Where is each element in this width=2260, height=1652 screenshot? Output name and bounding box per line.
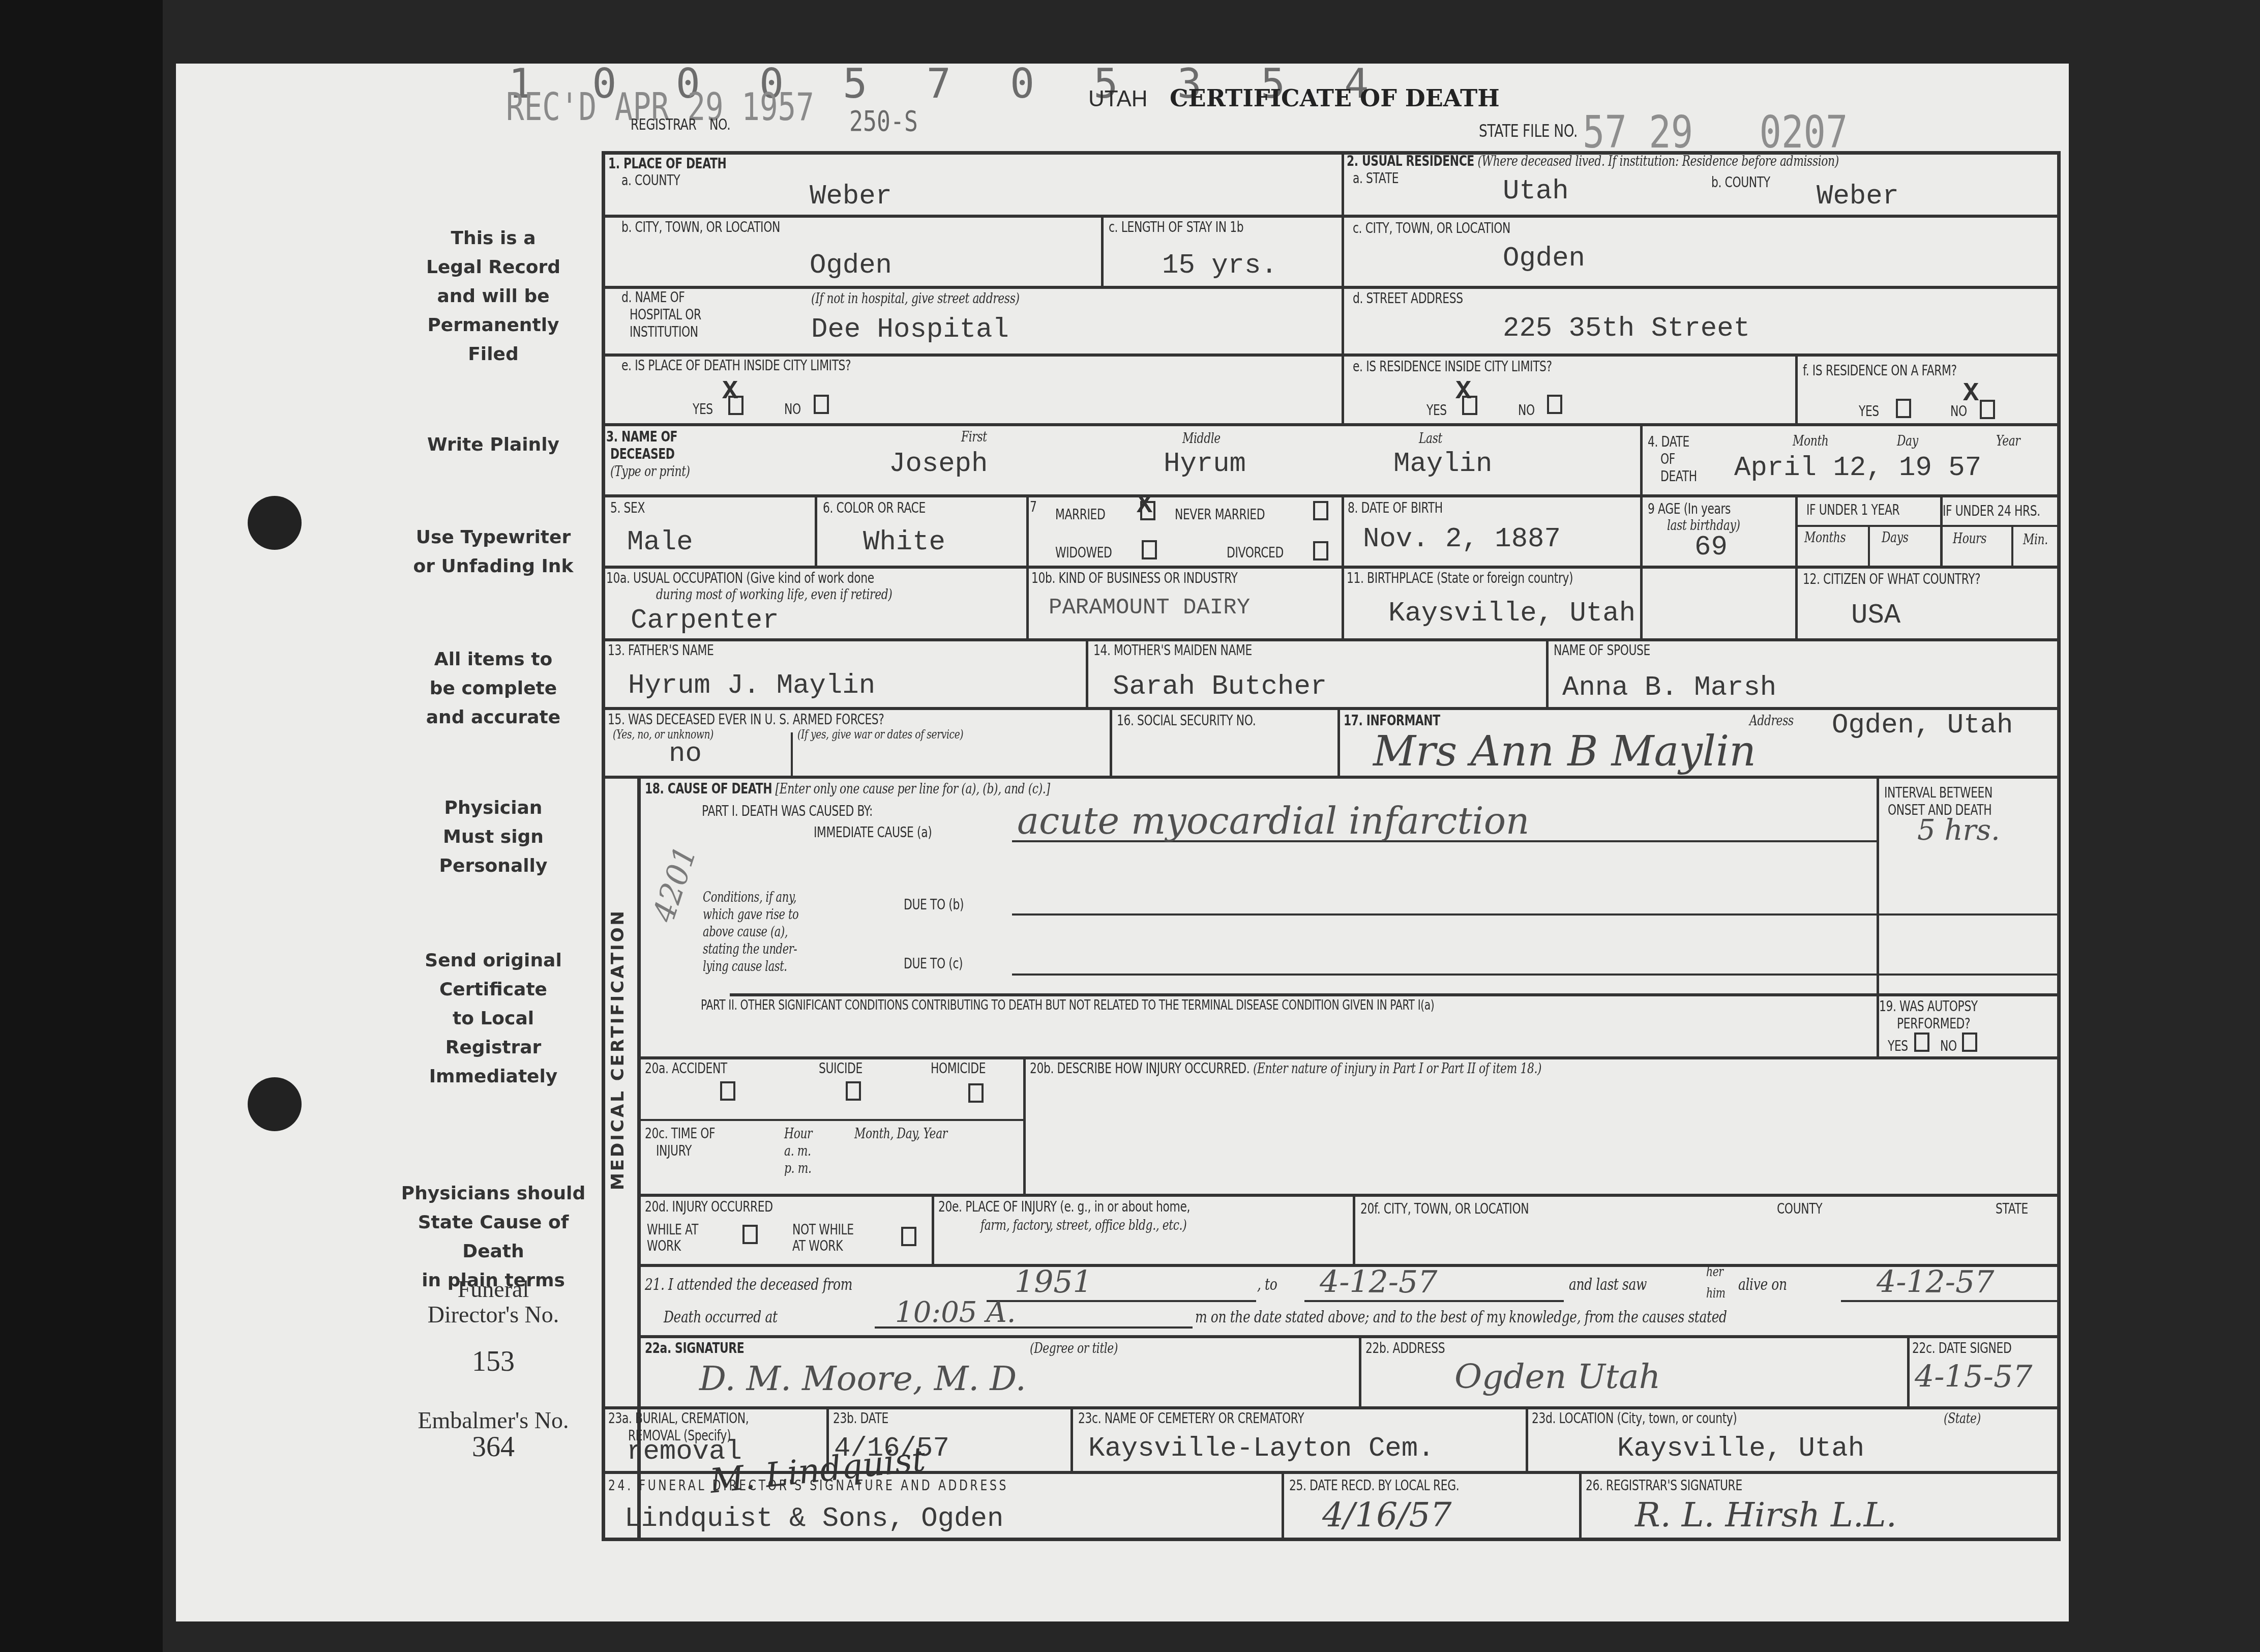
while-at-work-label: WHILE AT WORK bbox=[647, 1222, 698, 1254]
alive-on-label: alive on bbox=[1738, 1275, 1787, 1294]
under-24-hrs-label: IF UNDER 24 HRS. bbox=[1943, 503, 2040, 519]
autopsy-label-2: PERFORMED? bbox=[1897, 1015, 1970, 1032]
divider bbox=[1795, 355, 1798, 424]
while-at-work-checkbox[interactable] bbox=[742, 1225, 758, 1244]
yes-label: YES bbox=[1888, 1038, 1908, 1054]
physician-signature: D. M. Moore, M. D. bbox=[699, 1359, 1026, 1398]
citizen-value: USA bbox=[1851, 600, 1900, 631]
attended-to-line bbox=[1304, 1300, 1564, 1302]
divider bbox=[602, 353, 2061, 357]
location-value: Kaysville, Utah bbox=[1617, 1433, 1864, 1464]
location-state-label: (State) bbox=[1944, 1410, 1981, 1427]
widowed-label: WIDOWED bbox=[1055, 544, 1112, 561]
sex-label: 5. SEX bbox=[610, 499, 645, 516]
hospital-value: Dee Hospital bbox=[811, 314, 1009, 345]
divider bbox=[602, 566, 2061, 569]
married-label: MARRIED bbox=[1055, 506, 1105, 523]
embalmer-label: Embalmer's No. bbox=[366, 1408, 620, 1433]
date-of-death-value: April 12, 19 57 bbox=[1734, 453, 1981, 484]
last-saw-label: and last saw bbox=[1569, 1275, 1647, 1294]
divider bbox=[1023, 1058, 1026, 1194]
no-label: NO bbox=[1518, 402, 1535, 419]
death-time-value: 10:05 A. bbox=[895, 1296, 1016, 1329]
usual-residence-label: 2. USUAL RESIDENCE (Where deceased lived… bbox=[1347, 153, 1839, 169]
homicide-label: HOMICIDE bbox=[931, 1060, 986, 1077]
note-physician-sign: Physician Must sign Personally bbox=[407, 793, 580, 880]
last-name-label: Last bbox=[1419, 430, 1442, 447]
embalmer-number: 364 bbox=[366, 1434, 620, 1460]
father-name-value: Hyrum J. Maylin bbox=[628, 670, 875, 701]
registrar-signature-label: 26. REGISTRAR'S SIGNATURE bbox=[1586, 1477, 1742, 1494]
min-label: Min. bbox=[2023, 531, 2048, 548]
divider bbox=[1868, 526, 1870, 567]
autopsy-no-checkbox[interactable] bbox=[1962, 1032, 1977, 1052]
divider bbox=[1070, 1408, 1073, 1471]
autopsy-yes-checkbox[interactable] bbox=[1914, 1032, 1929, 1052]
hospital-label-line3: INSTITUTION bbox=[630, 323, 698, 340]
registrar-no-label: NO. bbox=[709, 116, 730, 134]
divider bbox=[602, 776, 2061, 779]
immediate-cause-label: IMMEDIATE CAUSE (a) bbox=[814, 824, 932, 841]
informant-label: 17. INFORMANT bbox=[1344, 712, 1440, 729]
divider bbox=[1877, 777, 1879, 1057]
accident-checkbox[interactable] bbox=[720, 1081, 735, 1101]
armed-forces-service-hint: (If yes, give war or dates of service) bbox=[797, 727, 963, 742]
residence-county-value: Weber bbox=[1817, 181, 1899, 212]
divider bbox=[602, 423, 2061, 426]
cemetery-label: 23c. NAME OF CEMETERY OR CREMATORY bbox=[1078, 1410, 1304, 1427]
divider bbox=[1546, 640, 1549, 709]
autopsy-label: 19. WAS AUTOPSY bbox=[1879, 998, 1978, 1015]
note-write-plainly: Write Plainly bbox=[407, 430, 580, 459]
residence-city-label: c. CITY, TOWN, OR LOCATION bbox=[1353, 220, 1510, 237]
note-legal-record: This is a Legal Record and will be Perma… bbox=[407, 224, 580, 369]
sex-value: Male bbox=[627, 527, 693, 558]
suicide-label: SUICIDE bbox=[819, 1060, 863, 1077]
divider bbox=[1640, 425, 1643, 638]
due-to-c-label: DUE TO (c) bbox=[904, 955, 963, 972]
residence-city-limits-label: e. IS RESIDENCE INSIDE CITY LIMITS? bbox=[1353, 358, 1552, 375]
time-of-injury-label: 20c. TIME OF bbox=[645, 1125, 715, 1142]
injury-city-label: 20f. CITY, TOWN, OR LOCATION bbox=[1360, 1200, 1529, 1217]
divider bbox=[1526, 1408, 1528, 1471]
due-to-c-line bbox=[1012, 973, 2061, 976]
conditions-hint: Conditions, if any, which gave rise to a… bbox=[703, 889, 798, 976]
divider bbox=[602, 1406, 2061, 1409]
pm-label: p. m. bbox=[784, 1160, 812, 1176]
hospital-label-line1: d. NAME OF bbox=[621, 289, 685, 306]
divider bbox=[1795, 496, 1798, 638]
hour-label: Hour bbox=[784, 1125, 812, 1142]
spouse-name-value: Anna B. Marsh bbox=[1562, 672, 1776, 703]
last-saw-line bbox=[1841, 1300, 2060, 1302]
birthplace-label: 11. BIRTHPLACE (State or foreign country… bbox=[1347, 570, 1573, 586]
date-of-birth-value: Nov. 2, 1887 bbox=[1363, 524, 1561, 555]
death-city-limits-no-checkbox[interactable] bbox=[814, 395, 829, 414]
divider bbox=[1026, 496, 1029, 638]
physician-address-value: Ogden Utah bbox=[1454, 1357, 1660, 1396]
him-label: him bbox=[1706, 1286, 1726, 1301]
divider bbox=[730, 993, 2061, 996]
divider bbox=[1907, 1337, 1910, 1406]
divider bbox=[602, 494, 2061, 497]
divider bbox=[815, 496, 817, 567]
immediate-cause-value: acute myocardial infarction bbox=[1017, 800, 1529, 842]
divider bbox=[637, 1335, 2061, 1338]
her-label: her bbox=[1706, 1264, 1723, 1280]
page-title: CERTIFICATE OF DEATH bbox=[1170, 84, 1500, 112]
divider bbox=[791, 732, 793, 777]
day-label: Day bbox=[1897, 432, 1918, 449]
date-of-death-label-3: DEATH bbox=[1660, 468, 1697, 485]
street-address-label: d. STREET ADDRESS bbox=[1353, 290, 1463, 307]
first-name-value: Joseph bbox=[889, 449, 988, 480]
occupation-value: Carpenter bbox=[631, 605, 779, 636]
checked-x-icon: X bbox=[1137, 490, 1152, 520]
year-label: Year bbox=[1996, 432, 2020, 449]
yes-label: YES bbox=[693, 401, 713, 418]
date-of-birth-label: 8. DATE OF BIRTH bbox=[1348, 499, 1443, 516]
armed-forces-label: 15. WAS DECEASED EVER IN U. S. ARMED FOR… bbox=[608, 711, 884, 728]
divider bbox=[1359, 1337, 1361, 1406]
divider bbox=[637, 1056, 2061, 1059]
date-of-death-label-2: OF bbox=[1660, 451, 1675, 467]
signature-label: 22a. SIGNATURE bbox=[645, 1340, 744, 1356]
hospital-label-line2: HOSPITAL OR bbox=[630, 306, 701, 323]
state-file-label: STATE FILE NO. bbox=[1479, 121, 1578, 141]
death-occurred-suffix: m on the date stated above; and to the b… bbox=[1195, 1307, 1727, 1326]
divider bbox=[1101, 216, 1104, 287]
residence-county-label: b. COUNTY bbox=[1711, 174, 1770, 191]
death-city-value: Ogden bbox=[810, 250, 892, 281]
date-received-value: 4/16/57 bbox=[1322, 1495, 1451, 1535]
attended-to-value: 4-12-57 bbox=[1320, 1264, 1437, 1300]
no-label: NO bbox=[1940, 1038, 1957, 1054]
place-of-death-label: 1. PLACE OF DEATH bbox=[608, 155, 726, 172]
farm-no-checkbox[interactable] bbox=[1980, 400, 1995, 419]
length-of-stay-value: 15 yrs. bbox=[1162, 250, 1277, 281]
informant-address-value: Ogden, Utah bbox=[1832, 710, 2013, 741]
name-of-deceased-label: 3. NAME OF bbox=[606, 428, 677, 445]
street-address-value: 225 35th Street bbox=[1503, 313, 1750, 344]
note-send-original: Send original Certificate to Local Regis… bbox=[407, 946, 580, 1091]
months-label: Months bbox=[1804, 529, 1846, 546]
first-name-label: First bbox=[961, 428, 987, 445]
suicide-checkbox[interactable] bbox=[846, 1081, 861, 1101]
widowed-checkbox[interactable] bbox=[1142, 540, 1157, 559]
time-of-injury-label-2: INJURY bbox=[656, 1142, 692, 1159]
burial-date-label: 23b. DATE bbox=[833, 1410, 888, 1427]
injury-state-label: STATE bbox=[1996, 1200, 2028, 1217]
attended-label: 21. I attended the deceased from bbox=[645, 1275, 852, 1294]
attended-from-value: 1951 bbox=[1015, 1264, 1092, 1300]
never-married-label: NEVER MARRIED bbox=[1175, 506, 1265, 523]
residence-city-limits-no-checkbox[interactable] bbox=[1547, 395, 1562, 414]
race-value: White bbox=[863, 527, 945, 558]
title-prefix: UTAH bbox=[1088, 86, 1148, 112]
registrar-number: 250-S bbox=[849, 105, 918, 138]
business-label: 10b. KIND OF BUSINESS OR INDUSTRY bbox=[1031, 570, 1238, 586]
date-signed-value: 4-15-57 bbox=[1915, 1359, 2032, 1395]
date-received-label: 25. DATE RECD. BY LOCAL REG. bbox=[1289, 1477, 1459, 1494]
note-complete-accurate: All items to be complete and accurate bbox=[407, 645, 580, 732]
degree-label: (Degree or title) bbox=[1030, 1340, 1118, 1356]
never-married-checkbox[interactable] bbox=[1313, 501, 1328, 520]
occupation-hint: during most of working life, even if ret… bbox=[656, 586, 892, 603]
interval-value: 5 hrs. bbox=[1917, 814, 2000, 847]
cemetery-value: Kaysville-Layton Cem. bbox=[1088, 1433, 1435, 1464]
spouse-name-label: NAME OF SPOUSE bbox=[1554, 642, 1650, 659]
last-saw-date-value: 4-12-57 bbox=[1877, 1264, 1994, 1300]
occupation-label: 10a. USUAL OCCUPATION (Give kind of work… bbox=[606, 570, 874, 586]
hours-label: Hours bbox=[1953, 530, 1986, 547]
location-label: 23d. LOCATION (City, town, or county) bbox=[1532, 1410, 1737, 1427]
no-label: NO bbox=[784, 401, 801, 418]
divider bbox=[1282, 1472, 1284, 1541]
due-to-b-line bbox=[1012, 913, 2061, 916]
date-signed-label: 22c. DATE SIGNED bbox=[1912, 1340, 2011, 1356]
injury-occurred-label: 20d. INJURY OCCURRED bbox=[645, 1198, 773, 1215]
divider bbox=[1342, 496, 1344, 638]
injury-county-label: COUNTY bbox=[1777, 1200, 1822, 1217]
divider bbox=[932, 1195, 934, 1265]
not-while-at-work-checkbox[interactable] bbox=[901, 1227, 916, 1246]
injury-description-label: 20b. DESCRIBE HOW INJURY OCCURRED. (Ente… bbox=[1030, 1060, 1541, 1077]
middle-name-value: Hyrum bbox=[1164, 449, 1246, 480]
cause-of-death-label: 18. CAUSE OF DEATH [Enter only one cause… bbox=[645, 780, 1050, 797]
armed-forces-value: no bbox=[669, 739, 702, 770]
county-label: a. COUNTY bbox=[621, 172, 680, 189]
checked-x-icon: X bbox=[722, 376, 738, 406]
business-value: PARAMOUNT DAIRY bbox=[1049, 595, 1250, 621]
punch-hole-bottom bbox=[248, 1077, 302, 1131]
divider bbox=[1337, 709, 1340, 777]
divider bbox=[602, 638, 2061, 641]
days-label: Days bbox=[1882, 529, 1909, 546]
marital-status-number: 7 bbox=[1030, 498, 1037, 515]
age-label-2: last birthday) bbox=[1667, 517, 1740, 534]
registrar-signature: R. L. Hirsh L.L. bbox=[1635, 1495, 1897, 1535]
checked-x-icon: X bbox=[1455, 376, 1471, 406]
mother-maiden-name-value: Sarah Butcher bbox=[1113, 671, 1327, 702]
birthplace-value: Kaysville, Utah bbox=[1388, 598, 1635, 629]
ssn-label: 16. SOCIAL SECURITY NO. bbox=[1117, 712, 1256, 729]
death-city-limits-label: e. IS PLACE OF DEATH INSIDE CITY LIMITS? bbox=[621, 357, 851, 374]
note-use-typewriter: Use Typewriter or Unfading Ink bbox=[407, 523, 580, 581]
age-label: 9 AGE (In years bbox=[1648, 500, 1731, 517]
attended-from-line bbox=[987, 1300, 1256, 1302]
residence-state-label: a. STATE bbox=[1353, 170, 1399, 187]
divider bbox=[1797, 525, 2061, 527]
funeral-director-label: Funeral Director's No. bbox=[366, 1277, 620, 1327]
part2-label: PART II. OTHER SIGNIFICANT CONDITIONS CO… bbox=[701, 998, 1434, 1013]
homicide-checkbox[interactable] bbox=[968, 1083, 984, 1103]
yes-label: YES bbox=[1859, 403, 1879, 420]
state-file-number: 57 29 0207 bbox=[1583, 106, 1848, 158]
length-of-stay-label: c. LENGTH OF STAY IN 1b bbox=[1109, 219, 1243, 235]
checked-x-icon: X bbox=[1963, 378, 1979, 408]
medical-certification-label: MEDICAL CERTIFICATION bbox=[608, 1165, 628, 1190]
hospital-hint: (If not in hospital, give street address… bbox=[811, 290, 1020, 307]
month-label: Month bbox=[1793, 432, 1828, 449]
farm-yes-checkbox[interactable] bbox=[1896, 399, 1911, 418]
funeral-director-value: Lindquist & Sons, Ogden bbox=[625, 1503, 1003, 1535]
mother-maiden-name-label: 14. MOTHER'S MAIDEN NAME bbox=[1093, 642, 1252, 659]
death-occurred-at-label: Death occurred at bbox=[664, 1307, 778, 1326]
punch-hole-top bbox=[248, 496, 302, 550]
race-label: 6. COLOR OR RACE bbox=[823, 499, 926, 516]
divorced-checkbox[interactable] bbox=[1313, 541, 1328, 560]
to-label: , to bbox=[1257, 1275, 1277, 1294]
am-label: a. m. bbox=[784, 1142, 811, 1159]
middle-name-label: Middle bbox=[1182, 430, 1221, 447]
residence-city-value: Ogden bbox=[1503, 243, 1585, 274]
binder-spine bbox=[0, 0, 163, 1652]
place-of-injury-label: 20e. PLACE OF INJURY (e. g., in or about… bbox=[938, 1198, 1190, 1215]
city-label: b. CITY, TOWN, OR LOCATION bbox=[621, 219, 780, 235]
divider bbox=[641, 1119, 1025, 1121]
burial-label: 23a. BURIAL, CREMATION, bbox=[608, 1410, 749, 1427]
physician-address-label: 22b. ADDRESS bbox=[1365, 1340, 1445, 1356]
funeral-director-number: 153 bbox=[366, 1349, 620, 1374]
yes-label: YES bbox=[1426, 402, 1447, 419]
not-while-at-work-label: NOT WHILE AT WORK bbox=[792, 1222, 854, 1254]
divider bbox=[602, 286, 2061, 289]
father-name-label: 13. FATHER'S NAME bbox=[608, 642, 713, 659]
informant-address-label: Address bbox=[1749, 712, 1794, 729]
divorced-label: DIVORCED bbox=[1227, 544, 1284, 561]
last-name-value: Maylin bbox=[1393, 449, 1492, 480]
informant-signature: Mrs Ann B Maylin bbox=[1373, 727, 1756, 776]
name-of-deceased-label-2: DECEASED bbox=[610, 446, 675, 462]
registrar-label: REGISTRAR bbox=[631, 116, 696, 134]
farm-label: f. IS RESIDENCE ON A FARM? bbox=[1803, 362, 1957, 379]
part1-label: PART I. DEATH WAS CAUSED BY: bbox=[702, 803, 873, 819]
residence-state-value: Utah bbox=[1503, 176, 1569, 207]
type-or-print-hint: (Type or print) bbox=[610, 463, 690, 480]
divider bbox=[637, 1194, 2061, 1197]
due-to-b-label: DUE TO (b) bbox=[904, 896, 964, 913]
citizen-label: 12. CITIZEN OF WHAT COUNTRY? bbox=[1803, 571, 1980, 587]
month-day-year-label: Month, Day, Year bbox=[854, 1125, 947, 1142]
accident-label: 20a. ACCIDENT bbox=[645, 1060, 727, 1077]
divider bbox=[1353, 1195, 1355, 1265]
interval-label: INTERVAL BETWEEN bbox=[1884, 784, 1993, 801]
divider bbox=[1579, 1472, 1582, 1541]
divider bbox=[602, 215, 2061, 218]
divider bbox=[1086, 640, 1088, 709]
place-of-injury-hint: farm, factory, street, office bldg., etc… bbox=[980, 1217, 1186, 1233]
death-county-value: Weber bbox=[810, 181, 892, 212]
age-value: 69 bbox=[1694, 532, 1728, 563]
date-of-death-label: 4. DATE bbox=[1648, 433, 1689, 450]
divider bbox=[2011, 526, 2013, 567]
divider bbox=[1110, 709, 1112, 777]
under-1-year-label: IF UNDER 1 YEAR bbox=[1806, 501, 1899, 518]
